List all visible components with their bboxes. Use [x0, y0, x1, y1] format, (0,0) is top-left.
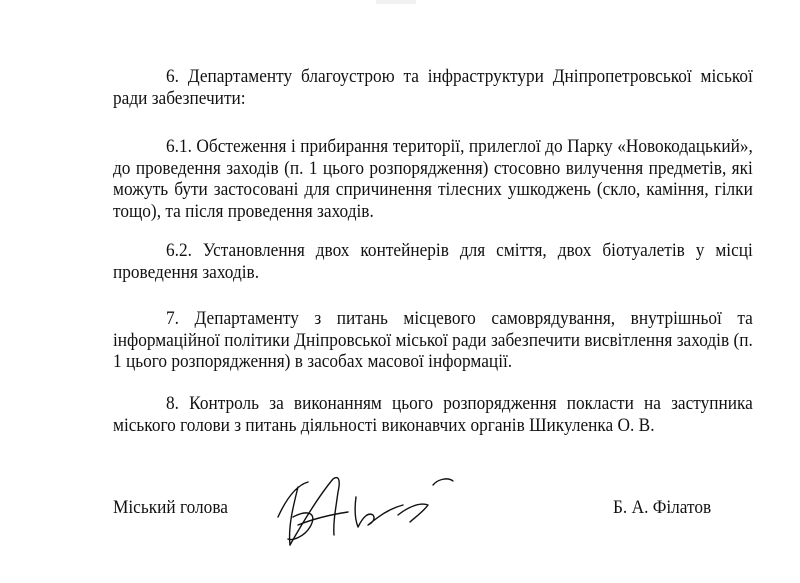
signature-icon: [238, 467, 498, 557]
paragraph-8: 8. Контроль за виконанням цього розпоряд…: [113, 393, 753, 436]
signature-block: Міський голова Б. А. Філатов: [0, 497, 800, 577]
paragraph-6-1: 6.1. Обстеження і прибирання території, …: [113, 136, 753, 222]
signatory-position: Міський голова: [113, 497, 228, 519]
paragraph-7: 7. Департаменту з питань місцевого самов…: [113, 308, 753, 373]
paragraph-6-2: 6.2. Установлення двох контейнерів для с…: [113, 240, 753, 283]
page-top-mark: [376, 0, 416, 4]
paragraph-6: 6. Департаменту благоустрою та інфрастру…: [113, 66, 753, 109]
signatory-name: Б. А. Філатов: [613, 497, 711, 519]
